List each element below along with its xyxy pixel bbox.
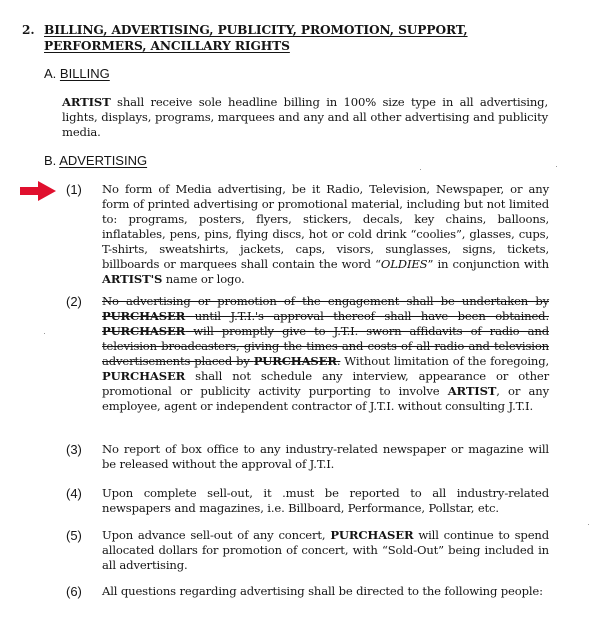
item-number: (2) <box>66 294 82 309</box>
red-arrow-icon <box>20 181 56 201</box>
struck-text: PURCHASER <box>102 324 185 338</box>
item-text: No form of Media advertising, be it Radi… <box>102 182 549 287</box>
struck-text: No advertising or promotion of the engag… <box>102 294 549 308</box>
bold-text: ARTIST'S <box>102 272 162 286</box>
text-run: No report of box office to any industry-… <box>102 442 549 471</box>
bold-text: ARTIST <box>448 384 497 398</box>
struck-text: until J.T.I.'s approval thereof shall ha… <box>185 309 549 323</box>
artist-term: ARTIST <box>62 95 111 109</box>
subsection-advertising-heading: B. ADVERTISING <box>44 153 147 169</box>
item-number: (1) <box>66 182 82 197</box>
scan-speck <box>420 169 421 170</box>
text-run: Upon complete sell-out, it .must be repo… <box>102 486 549 515</box>
bold-text: PURCHASER <box>102 369 185 383</box>
bold-text: PURCHASER <box>330 528 413 542</box>
item-text: Upon advance sell-out of any concert, PU… <box>102 528 549 573</box>
item-number: (5) <box>66 528 82 543</box>
italic-text: OLDIES <box>381 257 428 271</box>
item-text: No advertising or promotion of the engag… <box>102 294 549 414</box>
struck-text: PURCHASER <box>102 309 185 323</box>
text-run: Without limitation of the foregoing, <box>340 354 549 368</box>
billing-text: shall receive sole headline billing in 1… <box>62 95 548 139</box>
item-text: All questions regarding advertising shal… <box>102 584 549 599</box>
item-text: No report of box office to any industry-… <box>102 442 549 472</box>
scan-speck <box>588 524 589 525</box>
subsection-title: ADVERTISING <box>59 153 147 168</box>
struck-text: PURCHASER <box>254 354 337 368</box>
text-run: ” in conjunction with <box>427 257 549 271</box>
text-run: name or logo. <box>162 272 244 286</box>
item-number: (3) <box>66 442 82 457</box>
text-run: All questions regarding advertising shal… <box>102 584 543 598</box>
scan-speck <box>556 166 557 167</box>
subsection-letter: A. <box>44 66 56 81</box>
subsection-letter: B. <box>44 153 56 168</box>
item-number: (4) <box>66 486 82 501</box>
scan-speck <box>44 333 45 334</box>
section-title: BILLING, ADVERTISING, PUBLICITY, PROMOTI… <box>44 22 564 54</box>
subsection-billing-heading: A. BILLING <box>44 66 110 82</box>
subsection-title: BILLING <box>60 66 110 81</box>
item-number: (6) <box>66 584 82 599</box>
item-text: Upon complete sell-out, it .must be repo… <box>102 486 549 516</box>
billing-paragraph: ARTIST shall receive sole headline billi… <box>62 95 548 140</box>
section-number: 2. <box>22 22 35 38</box>
text-run: Upon advance sell-out of any concert, <box>102 528 330 542</box>
